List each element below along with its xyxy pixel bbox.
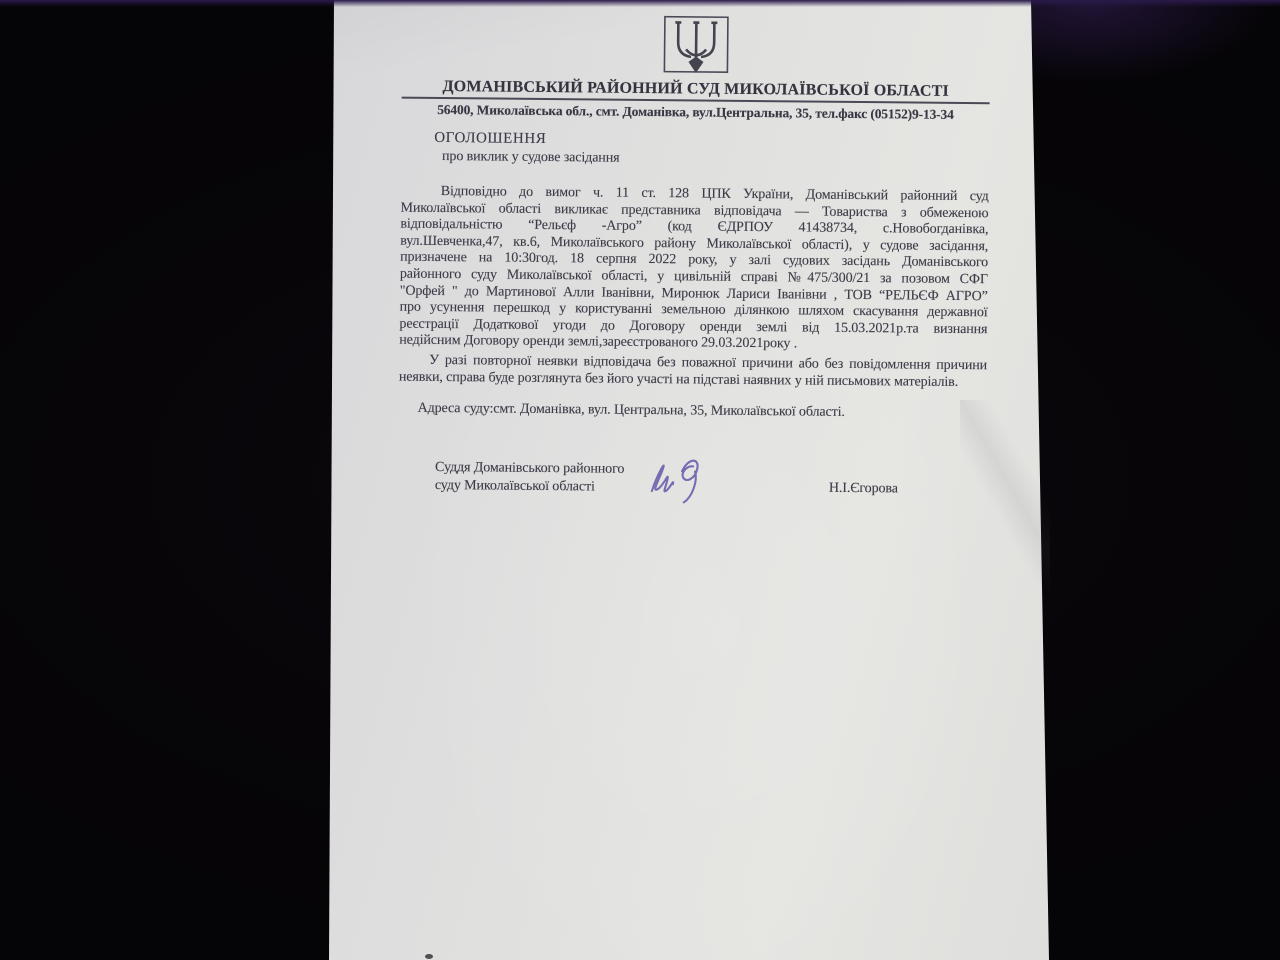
judge-position-line-1: Суддя Доманівського районного (435, 459, 624, 479)
body-paragraph-summons: Відповідно до вимог ч. 11 ст. 128 ЦПК Ук… (399, 184, 989, 356)
paper-bottom-speck (425, 954, 433, 959)
court-address: 56400, Миколаївська обл., смт. Доманівка… (401, 102, 989, 124)
judge-position: Суддя Доманівського районного суду Микол… (435, 459, 625, 497)
signature-block: Суддя Доманівського районного суду Микол… (397, 459, 986, 555)
judge-signature-icon (642, 445, 719, 510)
court-announcement-document: ДОМАНІВСЬКИЙ РАЙОННИЙ СУД МИКОЛАЇВСЬКОЇ … (397, 0, 990, 554)
body-paragraph-warning: У разі повторної неявки відповідача без … (399, 353, 987, 392)
photo-background: ДОМАНІВСЬКИЙ РАЙОННИЙ СУД МИКОЛАЇВСЬКОЇ … (0, 0, 1280, 960)
judge-name: Н.І.Єгорова (829, 481, 898, 498)
judge-position-line-2: суду Миколаївської області (435, 477, 624, 497)
ukraine-trident-icon (663, 15, 730, 78)
court-location-line: Адреса суду:смт. Доманівка, вул. Централ… (418, 400, 987, 422)
